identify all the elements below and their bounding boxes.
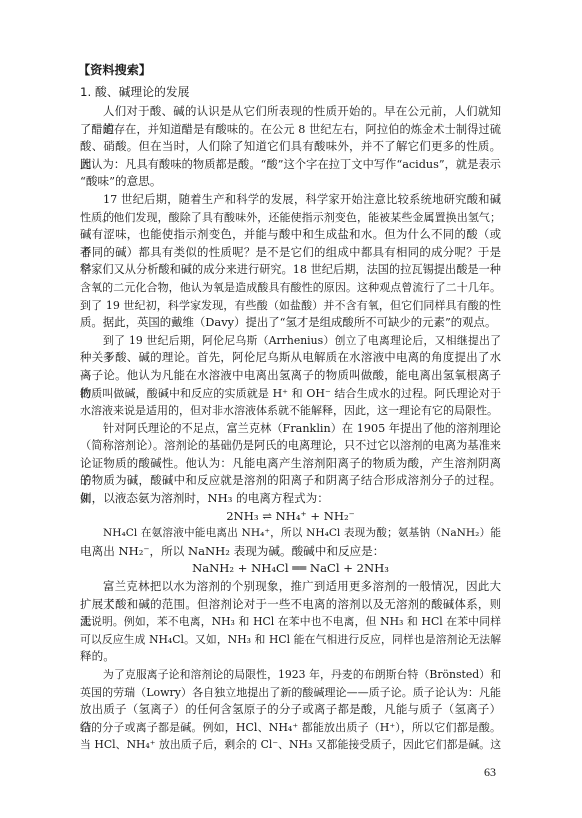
- text-line: 含氧的二元化合物，他认为氧是造成酸具有酸性的原因。这种观点曾流行了二十几年。: [80, 279, 501, 297]
- text-line: 当 HCl、NH₄⁺ 放出质子后，剩余的 Cl⁻、NH₃ 又都能接受质子，因此它…: [80, 736, 501, 754]
- text-line: 如，以液态氨为溶剂时，NH₃ 的电离方程式为：: [80, 490, 501, 508]
- text-line: 扩展了酸和碱的范围。但溶剂论对于一些不电离的溶剂以及无溶剂的酸碱体系，则无: [80, 596, 501, 614]
- text-line: “酸味”的意思。: [80, 173, 501, 191]
- text-line: NH₄Cl 在氨溶液中能电离出 NH₄⁺，所以 NH₄Cl 表现为酸；氨基钠（N…: [80, 525, 501, 543]
- text-line: 可以反应生成 NH₄Cl。又如，NH₃ 和 HCl 能在气相进行反应，同样也是溶…: [80, 631, 501, 649]
- text-line: 为了克服离子论和溶剂论的局限性，1923 年，丹麦的布朗斯台特（Brönsted…: [80, 666, 501, 684]
- paragraph-block-2: NH₄Cl 在氨溶液中能电离出 NH₄⁺，所以 NH₄Cl 表现为酸；氨基钠（N…: [80, 525, 501, 560]
- text-line: 释的。: [80, 648, 501, 666]
- text-line: 种关于酸、碱的理论。首先，阿伦尼乌斯从电解质在水溶液中电离的角度提出了水—: [80, 349, 501, 367]
- text-line: 此认为：凡具有酸味的物质都是酸。“酸”这个字在拉丁文中写作“acidus”，就是…: [80, 156, 501, 174]
- text-line: 离子论。他认为凡能在水溶液中电离出氢离子的物质叫做酸，能电离出氢氧根离子的: [80, 367, 501, 385]
- text-line: 的物质为碱，酸碱中和反应就是溶剂的阳离子和阴离子结合形成溶剂分子的过程。例: [80, 472, 501, 490]
- page-number: 63: [484, 765, 496, 780]
- text-line: 放出质子（氢离子）的任何含氢原子的分子或离子都是酸，凡能与质子（氢离子）结: [80, 701, 501, 719]
- text-line: 碱有涩味，也能使指示剂变色，并能与酸中和生成盐和水。但为什么不同的酸（或者: [80, 226, 501, 244]
- text-line: 性质。他们发现，酸除了具有酸味外，还能使指示剂变色，能被某些金属置换出氢气；: [80, 209, 501, 227]
- text-line: 17 世纪后期，随着生产和科学的发展，科学家开始注意比较系统地研究酸和碱的: [80, 191, 501, 209]
- text-line: 论证物质的酸碱性。他认为：凡能电离产生溶剂阳离子的物质为酸，产生溶剂阴离子: [80, 455, 501, 473]
- text-line: 到了 19 世纪初，科学家发现，有些酸（如盐酸）并不含有氧，但它们同样具有酸的性: [80, 297, 501, 315]
- subheading: 1. 酸、碱理论的发展: [80, 81, 501, 103]
- text-line: 水溶液来说是适用的，但对非水溶液体系就不能解释，因此，这一理论有它的局限性。: [80, 402, 501, 420]
- text-line: 质。据此，英国的戴维（Davy）提出了“氢才是组成酸所不可缺少的元素”的观点。: [80, 314, 501, 332]
- text-line: 针对阿氏理论的不足点，富兰克林（Franklin）在 1905 年提出了他的溶剂…: [80, 420, 501, 438]
- text-line: 不同的碱）都具有类似的性质呢？是不是它们的组成中都具有相同的成分呢？于是科: [80, 244, 501, 262]
- text-line: （简称溶剂论）。溶剂论的基础仍是阿氏的电离理论，只不过它以溶剂的电离为基准来: [80, 437, 501, 455]
- text-line: 英国的劳瑞（Lowry）各自独立地提出了新的酸碱理论——质子论。质子论认为：凡能: [80, 684, 501, 702]
- equation-ammonia-ionization: 2NH₃ ⇌ NH₄⁺ + NH₂⁻: [80, 508, 501, 526]
- text-line: 了醋的存在，并知道醋是有酸味的。在公元 8 世纪左右，阿拉伯的炼金术士制得过硫: [80, 121, 501, 139]
- text-line: 合的分子或离子都是碱。例如，HCl、NH₄⁺ 都能放出质子（H⁺），所以它们都是…: [80, 719, 501, 737]
- text-line: 物质叫做碱，酸碱中和反应的实质就是 H⁺ 和 OH⁻ 结合生成水的过程。阿氏理论…: [80, 385, 501, 403]
- text-line: 富兰克林把以水为溶剂的个别现象，推广到适用更多溶剂的一般情况，因此大大: [80, 578, 501, 596]
- text-line: 电离出 NH₂⁻，所以 NaNH₂ 表现为碱。酸碱中和反应是：: [80, 543, 501, 561]
- equation-neutralization: NaNH₂ + NH₄Cl ══ NaCl + 2NH₃: [80, 560, 501, 578]
- paragraph-block-1: 人们对于酸、碱的认识是从它们所表现的性质开始的。早在公元前，人们就知道了醋的存在…: [80, 103, 501, 508]
- text-line: 酸、硝酸。但在当时，人们除了知道它们具有酸味外，并不了解它们更多的性质。因: [80, 138, 501, 156]
- textbook-page: 【资料搜索】 1. 酸、碱理论的发展 人们对于酸、碱的认识是从它们所表现的性质开…: [80, 59, 501, 754]
- text-line: 到了 19 世纪后期，阿伦尼乌斯（Arrhenius）创立了电离理论后，又相继提…: [80, 332, 501, 350]
- paragraph-block-3: 富兰克林把以水为溶剂的个别现象，推广到适用更多溶剂的一般情况，因此大大扩展了酸和…: [80, 578, 501, 754]
- text-line: 学家们又从分析酸和碱的成分来进行研究。18 世纪后期，法国的拉瓦锡提出酸是一种: [80, 261, 501, 279]
- section-heading: 【资料搜索】: [78, 59, 501, 81]
- text-line: 人们对于酸、碱的认识是从它们所表现的性质开始的。早在公元前，人们就知道: [80, 103, 501, 121]
- text-line: 法说明。例如，苯不电离，NH₃ 和 HCl 在苯中也不电离，但 NH₃ 和 HC…: [80, 613, 501, 631]
